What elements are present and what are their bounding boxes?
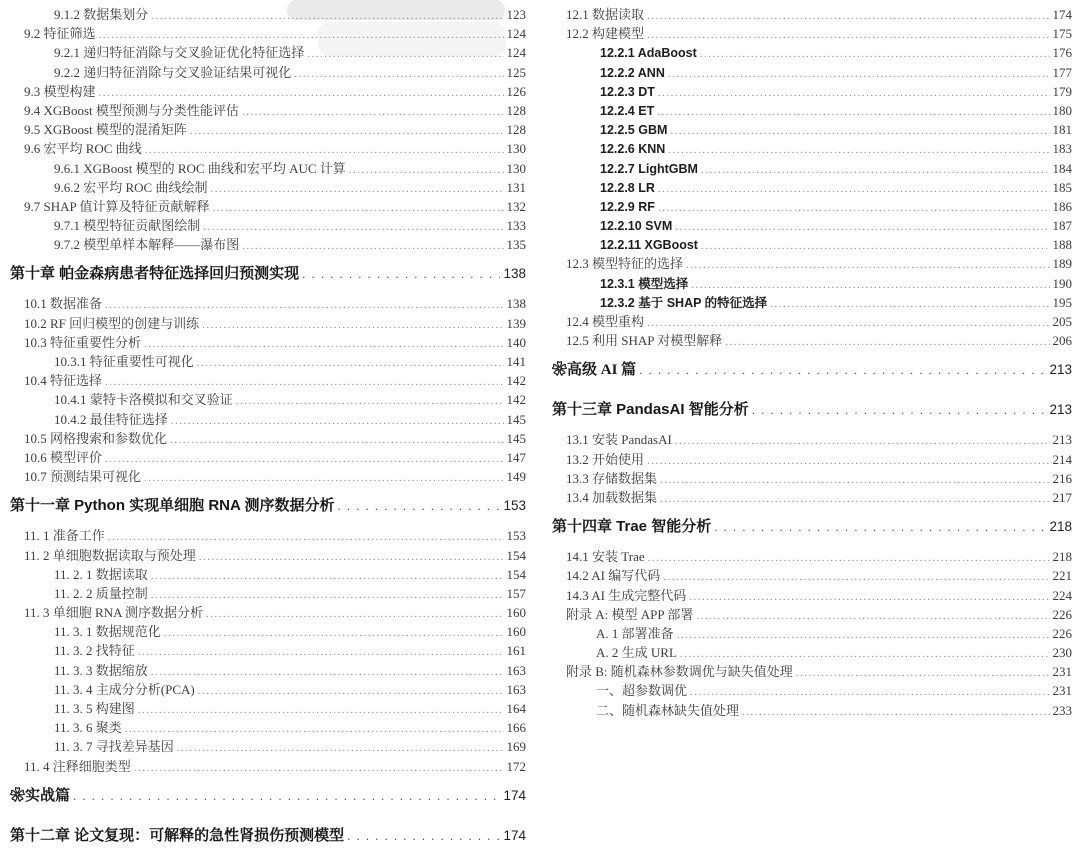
- toc-entry: 11. 2. 1 数据读取...........................…: [8, 565, 526, 584]
- toc-page-number: 224: [1053, 586, 1073, 605]
- toc-entry-label: 9.6 宏平均 ROC 曲线: [24, 139, 142, 158]
- toc-entry-label: 11. 2. 1 数据读取: [54, 565, 148, 584]
- toc-page-number: 174: [1053, 5, 1073, 24]
- toc-entry-label: 11. 3. 7 寻找差异基因: [54, 737, 174, 756]
- toc-entry-label: 11. 3. 3 数据缩放: [54, 661, 148, 680]
- toc-page-number: 174: [503, 826, 526, 846]
- toc-page-number: 231: [1053, 681, 1073, 700]
- toc-entry: 12.4 模型重构...............................…: [550, 312, 1072, 331]
- toc-entry-label: 10.7 预测结果可视化: [24, 467, 141, 486]
- toc-leader-dots: ........................................…: [752, 400, 1047, 420]
- toc-entry-label: 12.2.7 LightGBM: [600, 160, 698, 179]
- toc-entry: 11. 2 单细胞数据读取与预处理.......................…: [8, 546, 526, 565]
- toc-page-number: 213: [1049, 360, 1072, 380]
- toc-entry-label: A. 1 部署准备: [596, 624, 674, 643]
- toc-entry: 11. 3. 5 构建图............................…: [8, 699, 526, 718]
- toc-leader-dots: ........................................…: [660, 490, 1049, 509]
- toc-column-right: 12.1 数据读取...............................…: [550, 0, 1072, 720]
- toc-entry: 11. 4 注释细胞类型............................…: [8, 757, 526, 776]
- toc-page-number: 184: [1053, 159, 1073, 178]
- toc-entry: A. 2 生成 URL.............................…: [550, 643, 1072, 662]
- toc-entry-label: 9.7.2 模型单样本解释——瀑布图: [54, 235, 239, 254]
- toc-column-left: 9.1.2 数据集划分.............................…: [8, 0, 526, 852]
- toc-entry-label: 12.2.8 LR: [600, 179, 655, 198]
- toc-page-number: 163: [507, 661, 527, 680]
- toc-entry: 9.1.2 数据集划分.............................…: [8, 5, 526, 24]
- toc-page-number: 205: [1053, 312, 1073, 331]
- toc-entry: 10.4.1 蒙特卡洛模拟和交叉验证......................…: [8, 390, 526, 409]
- toc-entry: 10.3.1 特征重要性可视化.........................…: [8, 352, 526, 371]
- toc-entry: 10.7 预测结果可视化............................…: [8, 467, 526, 486]
- toc-page-number: 161: [507, 641, 527, 660]
- toc-page-number: 142: [507, 371, 527, 390]
- toc-entry-label: 13.2 开始使用: [566, 450, 644, 469]
- toc-entry: 10.6 模型评价...............................…: [8, 448, 526, 467]
- toc-page-number: 214: [1053, 450, 1073, 469]
- toc-page-number: 160: [507, 603, 527, 622]
- toc-page: 9.1.2 数据集划分.............................…: [0, 0, 1080, 852]
- toc-entry-label: 9.2.1 递归特征消除与交叉验证优化特征选择: [54, 43, 304, 62]
- toc-entry-label: 第十一章 Python 实现单细胞 RNA 测序数据分析: [10, 496, 334, 516]
- toc-page-number: 213: [1053, 430, 1073, 449]
- toc-entry-label: 附录 B: 随机森林参数调优与缺失值处理: [566, 662, 793, 681]
- toc-entry-label: 12.2.6 KNN: [600, 140, 665, 159]
- toc-entry-label: 12.3.2 基于 SHAP 的特征选择: [600, 294, 767, 313]
- toc-leader-dots: ........................................…: [725, 333, 1049, 352]
- toc-entry-label: 第十章 帕金森病患者特征选择回归预测实现: [10, 264, 299, 284]
- toc-entry-label: 12.2.2 ANN: [600, 64, 665, 83]
- toc-entry-label: 10.1 数据准备: [24, 294, 102, 313]
- toc-entry: 12.2.8 LR...............................…: [550, 178, 1072, 197]
- toc-leader-dots: ........................................…: [742, 703, 1049, 722]
- toc-page-number: 153: [507, 526, 527, 545]
- toc-entry-label: 12.2.4 ET: [600, 102, 654, 121]
- toc-leader-dots: ........................................…: [639, 360, 1046, 380]
- toc-leader-dots: ........................................…: [714, 517, 1046, 537]
- toc-entry: 10.5 网格搜索和参数优化..........................…: [8, 429, 526, 448]
- toc-page-number: 181: [1053, 120, 1073, 139]
- toc-entry: 12.2.10 SVM.............................…: [550, 216, 1072, 235]
- toc-entry-label: ❀高级 AI 篇: [552, 360, 636, 380]
- toc-page-number: 226: [1053, 624, 1073, 643]
- toc-entry-label: 12.2 构建模型: [566, 24, 644, 43]
- toc-page-number: 160: [507, 622, 527, 641]
- toc-page-number: 138: [503, 264, 526, 284]
- toc-entry: 第十二章 论文复现：可解释的急性肾损伤预测模型.................…: [8, 826, 526, 846]
- toc-page-number: 135: [507, 235, 527, 254]
- toc-entry-label: 9.1.2 数据集划分: [54, 5, 148, 24]
- toc-entry-label: 附录 A: 模型 APP 部署: [566, 605, 693, 624]
- toc-entry-label: 11. 3. 4 主成分分析(PCA): [54, 680, 195, 699]
- toc-entry: 附录 A: 模型 APP 部署.........................…: [550, 605, 1072, 624]
- toc-page-number: 164: [507, 699, 527, 718]
- toc-entry-label: 第十三章 PandasAI 智能分析: [552, 400, 749, 420]
- toc-page-number: 126: [507, 82, 527, 101]
- toc-page-number: 124: [507, 24, 527, 43]
- toc-entry: 9.5 XGBoost 模型的混淆矩阵.....................…: [8, 120, 526, 139]
- toc-entry-label: 12.1 数据读取: [566, 5, 644, 24]
- toc-entry-label: 10.5 网格搜索和参数优化: [24, 429, 167, 448]
- toc-entry: 11. 3. 7 寻找差异基因.........................…: [8, 737, 526, 756]
- toc-entry-label: ❀实战篇: [10, 786, 70, 806]
- toc-entry-label: 11. 2. 2 质量控制: [54, 584, 148, 603]
- toc-page-number: 133: [507, 216, 527, 235]
- toc-entry-label: 12.3 模型特征的选择: [566, 254, 683, 273]
- toc-entry-label: 10.3.1 特征重要性可视化: [54, 352, 194, 371]
- toc-entry: 11. 3 单细胞 RNA 测序数据分析....................…: [8, 603, 526, 622]
- toc-entry: 10.2 RF 回归模型的创建与训练......................…: [8, 314, 526, 333]
- toc-entry: 10.4 特征选择...............................…: [8, 371, 526, 390]
- toc-entry-label: 9.6.1 XGBoost 模型的 ROC 曲线和宏平均 AUC 计算: [54, 159, 346, 178]
- toc-page-number: 213: [1049, 400, 1072, 420]
- toc-page-number: 217: [1053, 488, 1073, 507]
- toc-entry: 9.6.2 宏平均 ROC 曲线绘制......................…: [8, 178, 526, 197]
- toc-page-number: 218: [1049, 517, 1072, 537]
- toc-entry: 11. 3. 1 数据规范化..........................…: [8, 622, 526, 641]
- toc-entry-label: 11. 3 单细胞 RNA 测序数据分析: [24, 603, 203, 622]
- toc-page-number: 147: [507, 448, 527, 467]
- toc-entry: 9.7.1 模型特征贡献图绘制.........................…: [8, 216, 526, 235]
- toc-entry-label: A. 2 生成 URL: [596, 643, 677, 662]
- toc-page-number: 175: [1053, 24, 1073, 43]
- toc-page-number: 157: [507, 584, 527, 603]
- toc-entry-label: 13.1 安装 PandasAI: [566, 430, 672, 449]
- toc-page-number: 130: [507, 139, 527, 158]
- toc-entry: 9.2.2 递归特征消除与交叉验证结果可视化..................…: [8, 63, 526, 82]
- toc-page-number: 206: [1053, 331, 1073, 350]
- toc-entry-label: 12.3.1 模型选择: [600, 275, 688, 294]
- toc-page-number: 128: [507, 120, 527, 139]
- toc-leader-dots: ........................................…: [302, 264, 500, 284]
- toc-entry: 14.2 AI 编写代码............................…: [550, 566, 1072, 585]
- toc-page-number: 142: [507, 390, 527, 409]
- toc-entry: 9.6.1 XGBoost 模型的 ROC 曲线和宏平均 AUC 计算.....…: [8, 159, 526, 178]
- toc-page-number: 145: [507, 429, 527, 448]
- toc-entry-label: 9.2.2 递归特征消除与交叉验证结果可视化: [54, 63, 291, 82]
- toc-entry-label: 9.7.1 模型特征贡献图绘制: [54, 216, 200, 235]
- toc-entry-label: 11. 3. 1 数据规范化: [54, 622, 161, 641]
- toc-page-number: 218: [1053, 547, 1073, 566]
- toc-entry: 12.2.2 ANN..............................…: [550, 63, 1072, 82]
- toc-page-number: 145: [507, 410, 527, 429]
- toc-page-number: 139: [507, 314, 527, 333]
- toc-entry: 12.2.5 GBM..............................…: [550, 120, 1072, 139]
- toc-entry: 12.2.6 KNN..............................…: [550, 139, 1072, 158]
- toc-entry-label: 11. 3. 6 聚类: [54, 718, 122, 737]
- toc-entry: 12.2.9 RF...............................…: [550, 197, 1072, 216]
- toc-entry-label: 14.3 AI 生成完整代码: [566, 586, 686, 605]
- toc-entry-label: 12.2.5 GBM: [600, 121, 667, 140]
- toc-page-number: 172: [507, 757, 527, 776]
- toc-entry: 12.3 模型特征的选择............................…: [550, 254, 1072, 273]
- toc-page-number: 166: [507, 718, 527, 737]
- toc-entry-label: 一、超参数调优: [596, 681, 687, 700]
- toc-entry-label: 第十四章 Trae 智能分析: [552, 517, 711, 537]
- toc-entry-label: 14.1 安装 Trae: [566, 547, 645, 566]
- toc-page-number: 186: [1053, 197, 1073, 216]
- toc-page-number: 163: [507, 680, 527, 699]
- toc-page-number: 176: [1053, 43, 1073, 62]
- toc-entry-label: 9.7 SHAP 值计算及特征贡献解释: [24, 197, 210, 216]
- toc-entry: 12.2 构建模型...............................…: [550, 24, 1072, 43]
- toc-entry: 12.2.4 ET...............................…: [550, 101, 1072, 120]
- toc-entry: 11. 3. 6 聚类.............................…: [8, 718, 526, 737]
- toc-entry-label: 二、随机森林缺失值处理: [596, 701, 739, 720]
- toc-entry: 9.7.2 模型单样本解释——瀑布图......................…: [8, 235, 526, 254]
- toc-page-number: 130: [507, 159, 527, 178]
- toc-page-number: 233: [1053, 701, 1073, 720]
- toc-entry: 9.6 宏平均 ROC 曲线..........................…: [8, 139, 526, 158]
- toc-page-number: 140: [507, 333, 527, 352]
- toc-entry-label: 14.2 AI 编写代码: [566, 566, 660, 585]
- toc-page-number: 132: [507, 197, 527, 216]
- toc-entry: 9.2.1 递归特征消除与交叉验证优化特征选择.................…: [8, 43, 526, 62]
- toc-entry-label: 12.2.11 XGBoost: [600, 236, 698, 255]
- toc-entry-label: 9.2 特征筛选: [24, 24, 96, 43]
- toc-entry-label: 10.2 RF 回归模型的创建与训练: [24, 314, 199, 333]
- toc-entry: ❀高级 AI 篇................................…: [550, 360, 1072, 380]
- toc-page-number: 149: [507, 467, 527, 486]
- toc-entry-label: 9.5 XGBoost 模型的混淆矩阵: [24, 120, 187, 139]
- toc-entry: 第十一章 Python 实现单细胞 RNA 测序数据分析............…: [8, 496, 526, 516]
- toc-entry: 12.2.11 XGBoost.........................…: [550, 235, 1072, 254]
- toc-page-number: 169: [507, 737, 527, 756]
- toc-entry: 13.3 存储数据集..............................…: [550, 469, 1072, 488]
- toc-entry-label: 12.2.9 RF: [600, 198, 655, 217]
- toc-page-number: 123: [507, 5, 527, 24]
- toc-page-number: 190: [1053, 274, 1073, 293]
- toc-page-number: 138: [507, 294, 527, 313]
- toc-entry-label: 9.4 XGBoost 模型预测与分类性能评估: [24, 101, 239, 120]
- toc-entry: A. 1 部署准备...............................…: [550, 624, 1072, 643]
- toc-page-number: 177: [1053, 63, 1073, 82]
- toc-entry: 11. 2. 2 质量控制...........................…: [8, 584, 526, 603]
- toc-page-number: 154: [507, 565, 527, 584]
- toc-leader-dots: ........................................…: [347, 826, 500, 846]
- toc-entry: 14.1 安装 Trae............................…: [550, 547, 1072, 566]
- toc-entry: 11. 3. 2 找特征............................…: [8, 641, 526, 660]
- toc-leader-dots: ........................................…: [242, 237, 503, 256]
- toc-entry: 10.1 数据准备...............................…: [8, 294, 526, 313]
- toc-entry-label: 第十二章 论文复现：可解释的急性肾损伤预测模型: [10, 826, 344, 846]
- toc-entry: 二、随机森林缺失值处理.............................…: [550, 701, 1072, 720]
- toc-page-number: 141: [507, 352, 527, 371]
- toc-entry: 12.3.2 基于 SHAP 的特征选择....................…: [550, 293, 1072, 312]
- toc-entry: 13.4 加载数据集..............................…: [550, 488, 1072, 507]
- toc-entry-label: 10.4.2 最佳特征选择: [54, 410, 168, 429]
- toc-entry-label: 11. 4 注释细胞类型: [24, 757, 131, 776]
- toc-page-number: 128: [507, 101, 527, 120]
- toc-entry-label: 12.4 模型重构: [566, 312, 644, 331]
- toc-page-number: 216: [1053, 469, 1073, 488]
- toc-entry: 12.2.1 AdaBoost.........................…: [550, 43, 1072, 62]
- toc-page-number: 180: [1053, 101, 1073, 120]
- toc-entry: 12.5 利用 SHAP 对模型解释......................…: [550, 331, 1072, 350]
- toc-page-number: 131: [507, 178, 527, 197]
- toc-entry-label: 12.5 利用 SHAP 对模型解释: [566, 331, 722, 350]
- toc-leader-dots: ........................................…: [134, 759, 504, 778]
- toc-entry: 第十四章 Trae 智能分析..........................…: [550, 517, 1072, 537]
- toc-page-number: 195: [1053, 293, 1073, 312]
- toc-entry: 11. 3. 3 数据缩放...........................…: [8, 661, 526, 680]
- toc-page-number: 221: [1053, 566, 1073, 585]
- toc-leader-dots: ........................................…: [144, 469, 503, 488]
- toc-page-number: 153: [503, 496, 526, 516]
- toc-entry-label: 11. 1 准备工作: [24, 526, 105, 545]
- toc-page-number: 124: [507, 43, 527, 62]
- toc-page-number: 183: [1053, 139, 1073, 158]
- toc-entry: 12.1 数据读取...............................…: [550, 5, 1072, 24]
- toc-entry: 9.7 SHAP 值计算及特征贡献解释.....................…: [8, 197, 526, 216]
- toc-page-number: 125: [507, 63, 527, 82]
- toc-entry-label: 9.3 模型构建: [24, 82, 96, 101]
- toc-page-number: 230: [1053, 643, 1073, 662]
- toc-entry: 12.3.1 模型选择.............................…: [550, 274, 1072, 293]
- toc-entry: 附录 B: 随机森林参数调优与缺失值处理....................…: [550, 662, 1072, 681]
- toc-entry-label: 11. 2 单细胞数据读取与预处理: [24, 546, 196, 565]
- toc-entry-label: 9.6.2 宏平均 ROC 曲线绘制: [54, 178, 207, 197]
- toc-entry-label: 10.4.1 蒙特卡洛模拟和交叉验证: [54, 390, 233, 409]
- toc-page-number: 231: [1053, 662, 1073, 681]
- toc-leader-dots: ........................................…: [73, 786, 500, 806]
- toc-leader-dots: ........................................…: [337, 496, 500, 516]
- toc-entry: 12.2.3 DT...............................…: [550, 82, 1072, 101]
- toc-entry-label: 13.4 加载数据集: [566, 488, 657, 507]
- toc-entry-label: 10.3 特征重要性分析: [24, 333, 141, 352]
- toc-entry-label: 12.2.10 SVM: [600, 217, 672, 236]
- toc-entry-label: 10.4 特征选择: [24, 371, 102, 390]
- toc-entry: 11. 1 准备工作..............................…: [8, 526, 526, 545]
- toc-entry: 9.4 XGBoost 模型预测与分类性能评估.................…: [8, 101, 526, 120]
- toc-entry-label: 12.2.3 DT: [600, 83, 655, 102]
- toc-page-number: 154: [507, 546, 527, 565]
- toc-page-number: 189: [1053, 254, 1073, 273]
- toc-entry: 一、超参数调优.................................…: [550, 681, 1072, 700]
- toc-entry-label: 11. 3. 5 构建图: [54, 699, 135, 718]
- toc-entry: 13.1 安装 PandasAI........................…: [550, 430, 1072, 449]
- toc-entry: 14.3 AI 生成完整代码..........................…: [550, 586, 1072, 605]
- toc-entry: 11. 3. 4 主成分分析(PCA).....................…: [8, 680, 526, 699]
- toc-entry-label: 12.2.1 AdaBoost: [600, 44, 697, 63]
- toc-page-number: 187: [1053, 216, 1073, 235]
- toc-page-number: 174: [503, 786, 526, 806]
- toc-page-number: 179: [1053, 82, 1073, 101]
- toc-entry: 9.2 特征筛选................................…: [8, 24, 526, 43]
- toc-entry: 第十章 帕金森病患者特征选择回归预测实现....................…: [8, 264, 526, 284]
- toc-entry: ❀实战篇....................................…: [8, 786, 526, 806]
- toc-page-number: 185: [1053, 178, 1073, 197]
- toc-page-number: 188: [1053, 235, 1073, 254]
- toc-page-number: 226: [1053, 605, 1073, 624]
- toc-entry: 10.3 特征重要性分析............................…: [8, 333, 526, 352]
- toc-entry: 13.2 开始使用...............................…: [550, 450, 1072, 469]
- toc-entry: 12.2.7 LightGBM.........................…: [550, 159, 1072, 178]
- toc-entry-label: 10.6 模型评价: [24, 448, 102, 467]
- toc-entry: 9.3 模型构建................................…: [8, 82, 526, 101]
- toc-entry: 第十三章 PandasAI 智能分析......................…: [550, 400, 1072, 420]
- toc-entry-label: 13.3 存储数据集: [566, 469, 657, 488]
- toc-entry: 10.4.2 最佳特征选择...........................…: [8, 410, 526, 429]
- toc-entry-label: 11. 3. 2 找特征: [54, 641, 135, 660]
